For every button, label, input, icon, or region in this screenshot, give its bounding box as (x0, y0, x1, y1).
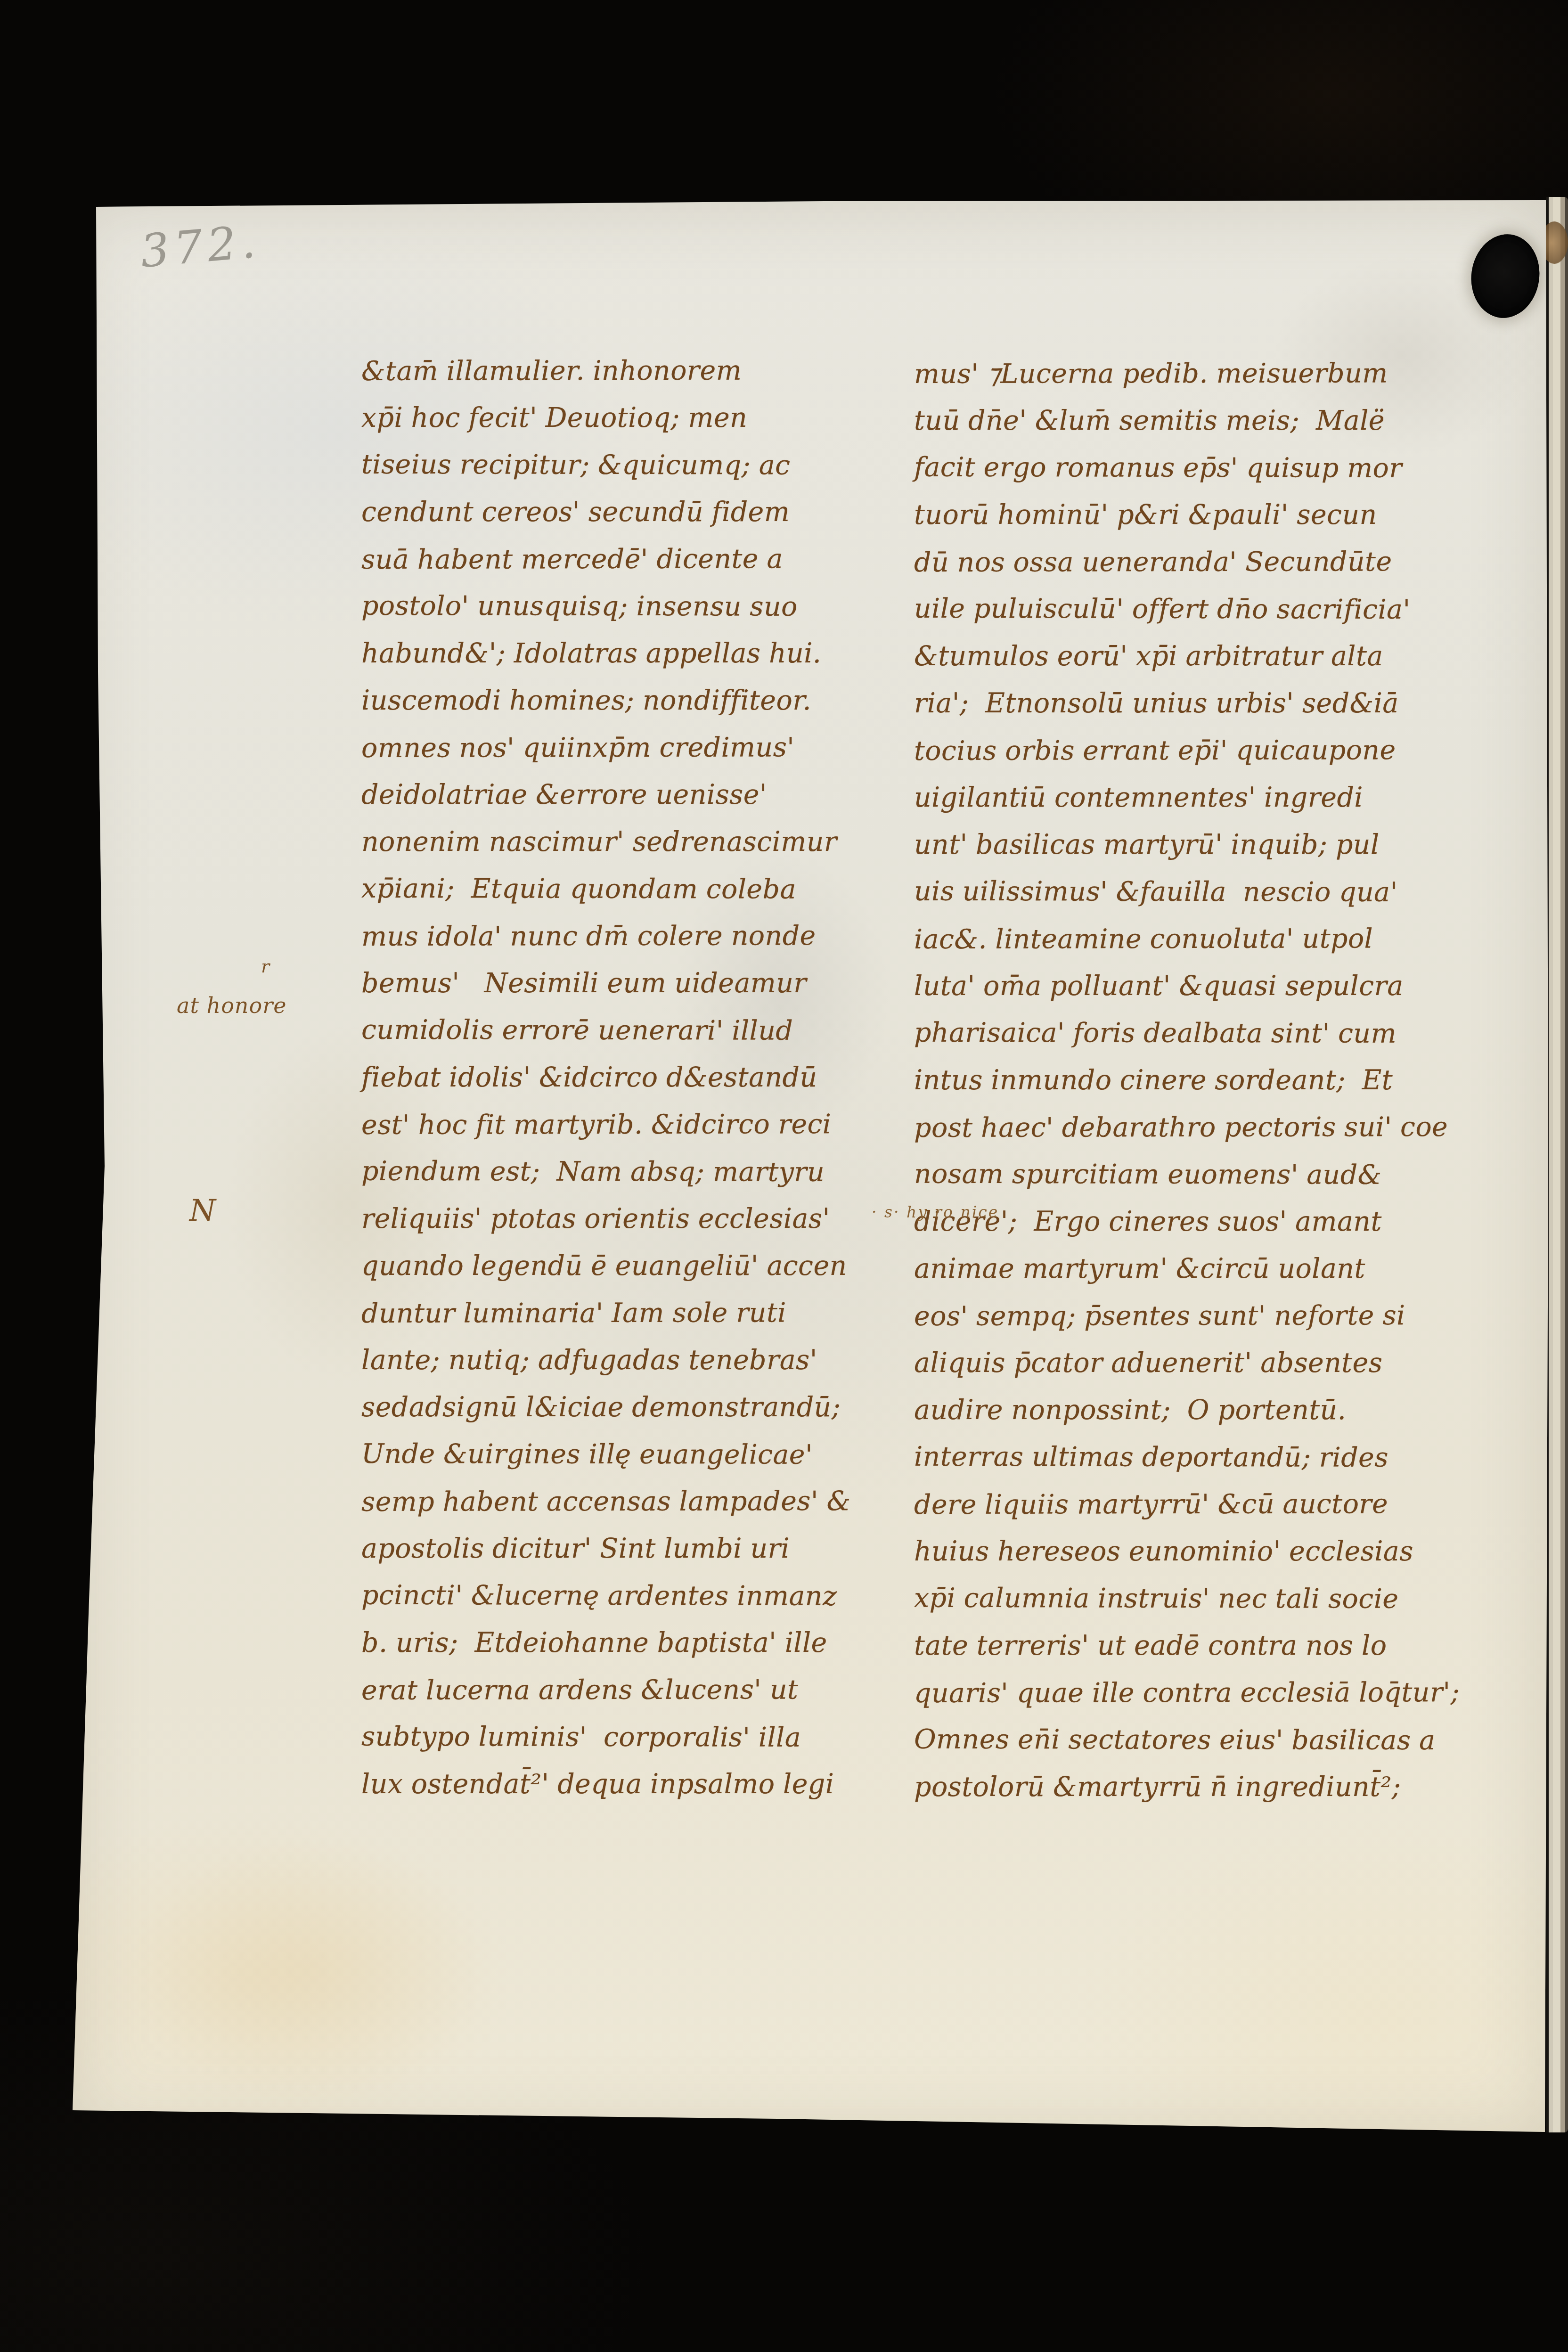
text-line: nosam spurcitiam euomens' aud& (914, 1151, 1484, 1199)
text-line: lux ostendat̄²' dequa inpsalmo legi (361, 1761, 884, 1808)
text-line: dicere'; Ergo cineres suos' amant (914, 1198, 1484, 1245)
text-line: iuscemodi homines; nondiffiteor. (361, 677, 884, 724)
text-line: uigilantiū contemnentes' ingredi (914, 774, 1484, 821)
text-column-right: mus' ⁊Lucerna pedib. meisuerbumtuū dn̄e'… (914, 350, 1484, 1811)
text-line: Unde &uirgines illę euangelicae' (361, 1430, 884, 1478)
text-line: postolo' unusquisq; insensu suo (361, 582, 884, 630)
text-line: quaris' quae ille contra ecclesiā loq̄tu… (914, 1669, 1484, 1717)
text-line: cendunt cereos' secundū fidem (361, 489, 884, 536)
text-line: &tumulos eorū' xp̄i arbitratur alta (914, 633, 1484, 680)
text-line: lante; nutiq; adfugadas tenebras' (361, 1337, 884, 1384)
text-line: xp̄i hoc fecit' Deuotioq; men (361, 394, 884, 441)
text-line: facit ergo romanus ep̄s' quisup mor (914, 444, 1484, 492)
text-line: tuorū hominū' p&ri &pauli' secun (914, 491, 1484, 539)
text-line: quando legendū ē euangeliū' accen (361, 1242, 884, 1290)
parchment-hole (1466, 230, 1544, 322)
margin-nota-mark: N (189, 1193, 216, 1228)
text-line: dū nos ossa ueneranda' Secundūte (914, 538, 1484, 586)
text-line: &tam̄ illamulier. inhonorem (361, 347, 884, 395)
text-line: post haec' debarathro pectoris sui' coe (914, 1103, 1484, 1151)
text-line: xp̄iani; Etquia quondam coleba (361, 865, 884, 913)
text-line: omnes nos' quiinxp̄m credimus' (361, 724, 884, 772)
text-line: unt' basilicas martyrū' inquib; pul (914, 821, 1484, 868)
text-line: uile puluisculū' offert dn̄o sacrificia' (914, 585, 1484, 634)
text-line: deidolatriae &errore uenisse' (361, 771, 884, 818)
text-line: iac&. linteamine conuoluta' utpol (914, 915, 1484, 963)
parchment-stain (127, 1840, 485, 2104)
text-line: erat lucerna ardens &lucens' ut (361, 1666, 884, 1714)
margin-insertion-r: r (261, 956, 269, 977)
text-line: uis uilissimus' &fauilla nescio qua' (914, 868, 1484, 916)
text-line: sedadsignū l&iciae demonstrandū; (361, 1384, 884, 1431)
text-line: ria'; Etnonsolū unius urbis' sed&iā (914, 680, 1484, 727)
text-line: suā habent mercedē' dicente a (361, 535, 884, 583)
text-line: b. uris; Etdeiohanne baptista' ille (361, 1619, 884, 1666)
text-line: intus inmundo cinere sordeant; Et (914, 1057, 1484, 1104)
text-line: tiseius recipitur; &quicumq; ac (361, 441, 884, 489)
margin-note-at-honore: at honore (177, 993, 286, 1018)
text-line: animae martyrum' &circū uolant (914, 1245, 1484, 1292)
text-line: fiebat idolis' &idcirco d&estandū (361, 1054, 884, 1101)
folio-number: 372. (139, 215, 262, 278)
text-line: interras ultimas deportandū; rides (914, 1433, 1484, 1482)
text-line: audire nonpossint; O portentū. (914, 1387, 1484, 1434)
text-line: xp̄i calumnia instruis' nec tali socie (914, 1575, 1484, 1623)
text-line: aliquis p̄cator aduenerit' absentes (914, 1339, 1484, 1387)
text-line: luta' om̄a polluant' &quasi sepulcra (914, 963, 1484, 1010)
interlinear-gloss: · s· hy ro nice (872, 1203, 999, 1221)
text-line: dere liquiis martyrrū' &cū auctore (914, 1480, 1484, 1528)
next-folio-edge (1546, 197, 1568, 2132)
text-line: cumidolis errorē uenerari' illud (361, 1006, 884, 1054)
text-line: mus idola' nunc dm̄ colere nonde (361, 912, 884, 960)
text-line: tuū dn̄e' &lum̄ semitis meis; Malë (914, 397, 1484, 444)
text-line: pcincti' &lucernę ardentes inmanz (361, 1572, 884, 1620)
manuscript-page: 372. &tam̄ illamulier. inhonoremxp̄i hoc… (71, 200, 1550, 2134)
text-line: bemus' Nesimili eum uideamur (361, 960, 884, 1007)
text-line: eos' sempq; p̄sentes sunt' neforte si (914, 1292, 1484, 1340)
text-line: tate terreris' ut eadē contra nos lo (914, 1622, 1484, 1669)
text-line: apostolis dicitur' Sint lumbi uri (361, 1525, 884, 1572)
text-line: habund&'; Idolatras appellas hui. (361, 630, 884, 677)
text-line: huius hereseos eunominio' ecclesias (914, 1528, 1484, 1575)
text-line: reliquiis' ptotas orientis ecclesias' (361, 1195, 884, 1242)
text-line: postolorū &martyrrū n̄ ingrediunt̄²; (914, 1764, 1484, 1811)
text-line: pharisaica' foris dealbata sint' cum (914, 1009, 1484, 1058)
text-line: nonenim nascimur' sedrenascimur (361, 818, 884, 866)
text-line: piendum est; Nam absq; martyru (361, 1148, 884, 1196)
text-line: duntur luminaria' Iam sole ruti (361, 1289, 884, 1337)
text-line: est' hoc fit martyrib. &idcirco reci (361, 1101, 884, 1149)
text-line: subtypo luminis' corporalis' illa (361, 1713, 884, 1761)
text-column-left: &tam̄ illamulier. inhonoremxp̄i hoc feci… (361, 347, 884, 1808)
text-line: mus' ⁊Lucerna pedib. meisuerbum (914, 350, 1484, 398)
text-line: tocius orbis errant ep̄i' quicaupone (914, 727, 1484, 775)
text-line: semp habent accensas lampades' & (361, 1478, 884, 1526)
text-line: Omnes en̄i sectatores eius' basilicas a (914, 1716, 1484, 1764)
